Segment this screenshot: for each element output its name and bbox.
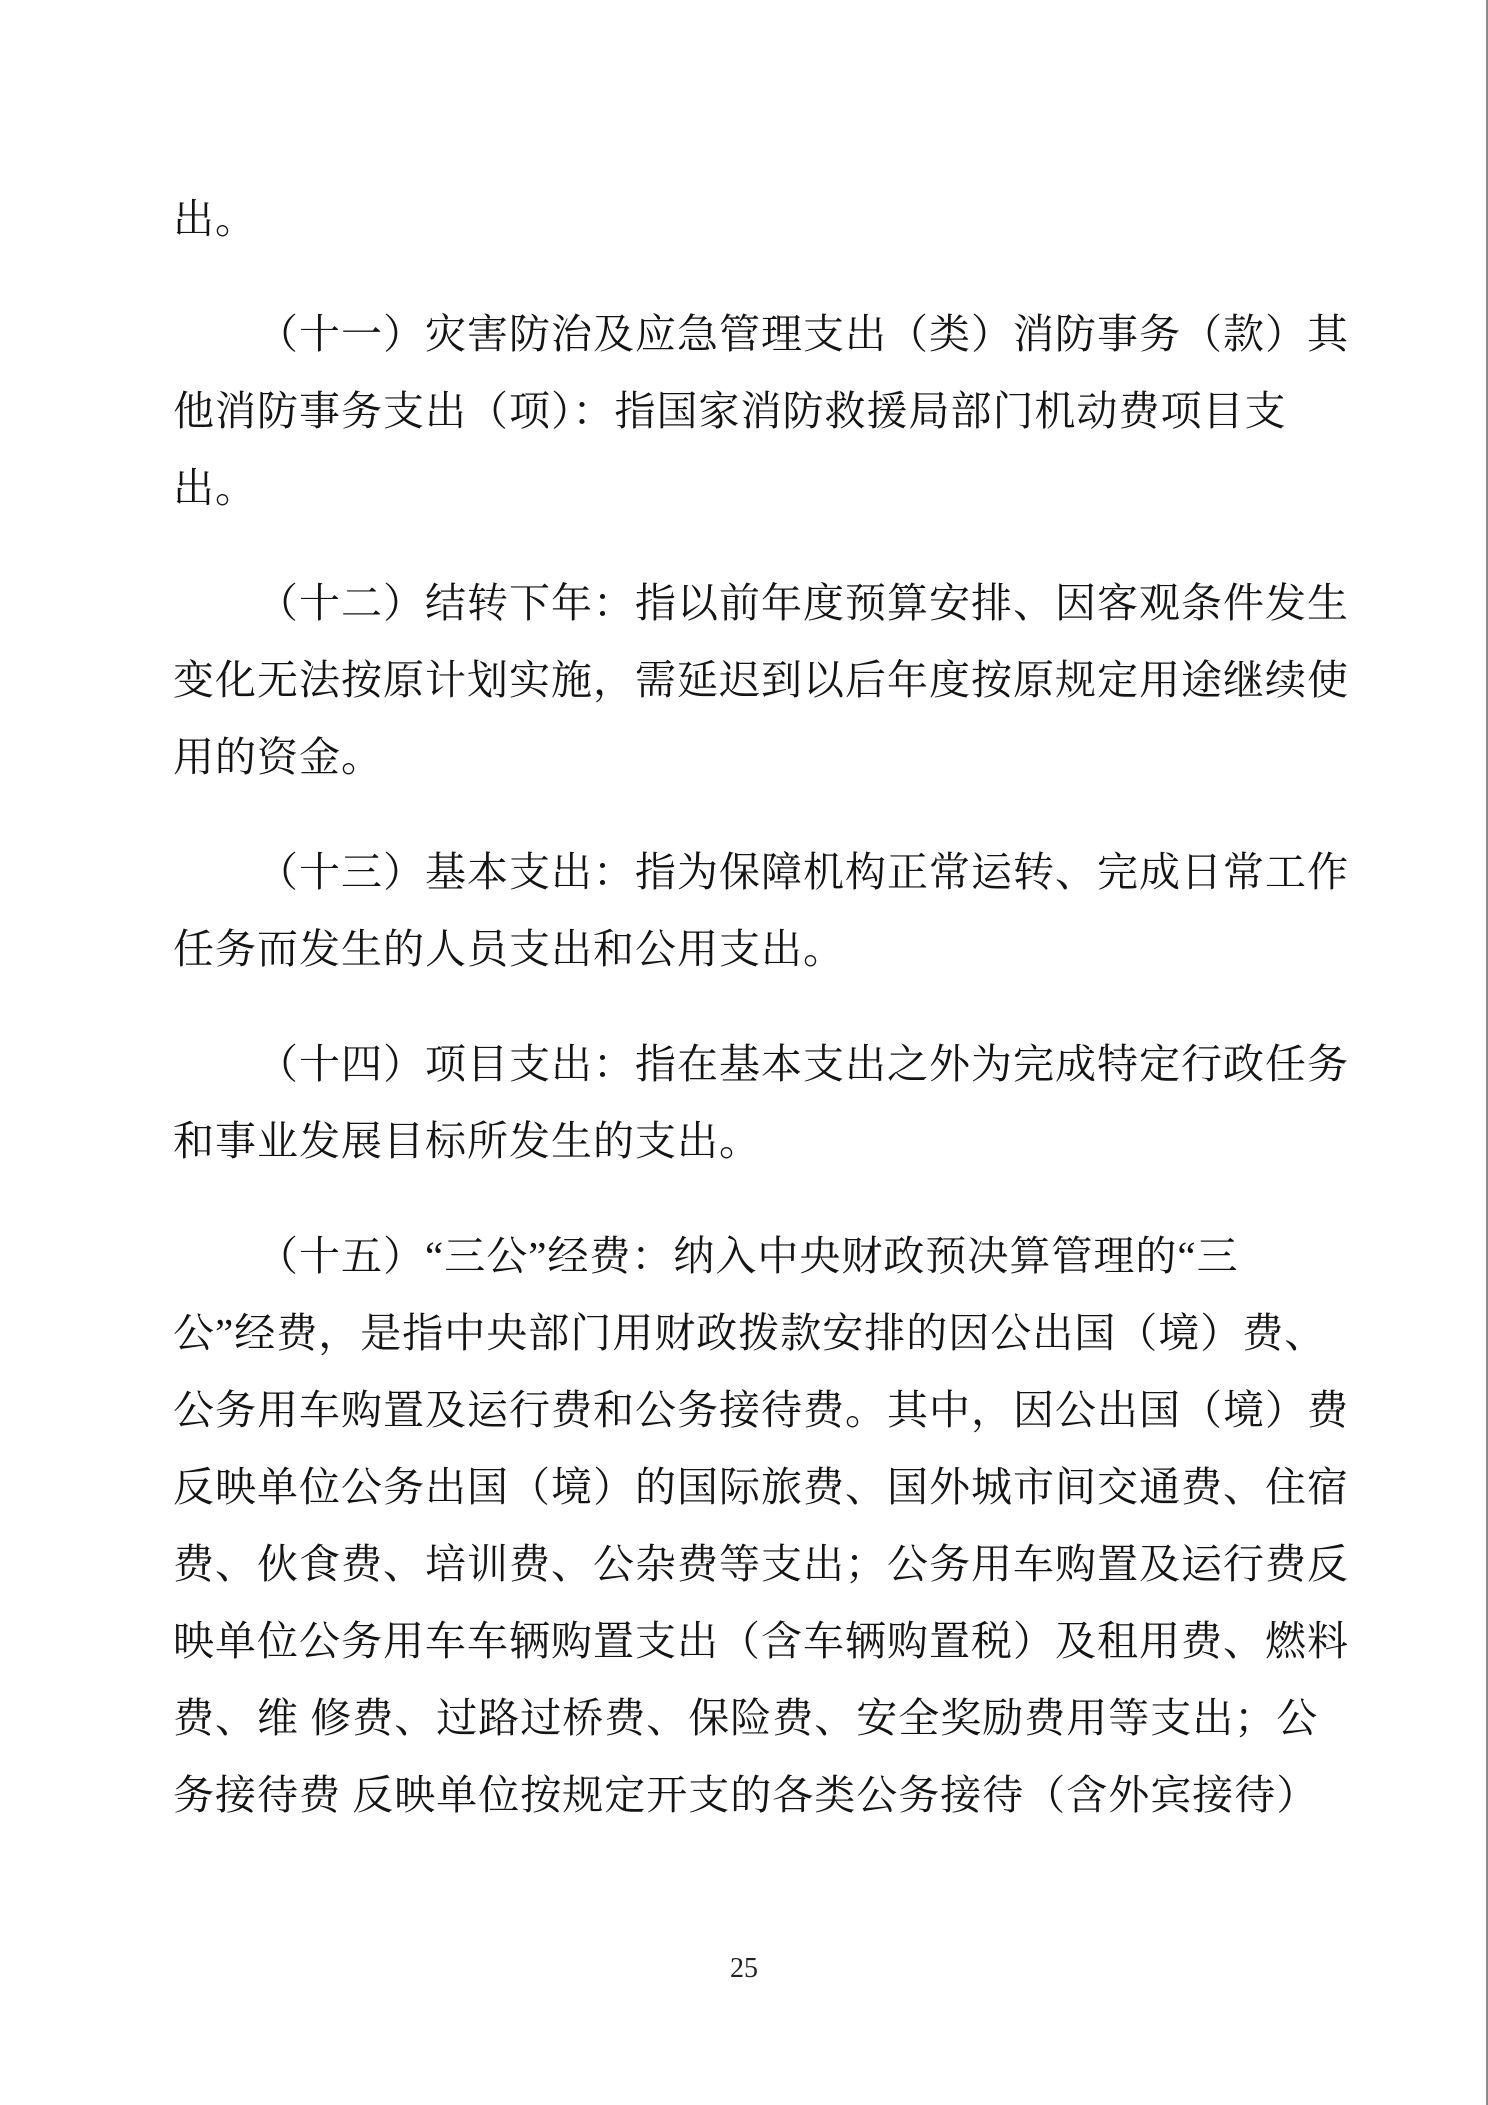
- text-line: 变化无法按原计划实施，需延迟到以后年度按原规定用途继续使: [173, 642, 1373, 719]
- text-line: 费、伙食费、培训费、公杂费等支出；公务用车购置及运行费反: [173, 1526, 1373, 1603]
- text-line: （十三）基本支出：指为保障机构正常运转、完成日常工作: [173, 834, 1373, 911]
- page-number: 25: [0, 1952, 1488, 1986]
- paragraph: （十五）“三公”经费：纳入中央财政预决算管理的“三公”经费，是指中央部门用财政拨…: [173, 1218, 1373, 1834]
- text-line: （十四）项目支出：指在基本支出之外为完成特定行政任务: [173, 1026, 1373, 1103]
- text-line: 公务用车购置及运行费和公务接待费。其中，因公出国（境）费: [173, 1372, 1373, 1449]
- text-line: 费、维 修费、过路过桥费、保险费、安全奖励费用等支出；公: [173, 1680, 1373, 1757]
- text-line: 任务而发生的人员支出和公用支出。: [173, 911, 1373, 988]
- text-line: （十五）“三公”经费：纳入中央财政预决算管理的“三: [173, 1218, 1373, 1295]
- document-text-body: 出。（十一）灾害防治及应急管理支出（类）消防事务（款）其他消防事务支出（项）：指…: [173, 181, 1373, 1834]
- text-line: 出。: [173, 181, 1373, 258]
- text-line: 公”经费，是指中央部门用财政拨款安排的因公出国（境）费、: [173, 1295, 1373, 1372]
- text-line: 务接待费 反映单位按规定开支的各类公务接待（含外宾接待）: [173, 1757, 1373, 1834]
- paragraph: 出。: [173, 181, 1373, 258]
- paragraph: （十二）结转下年：指以前年度预算安排、因客观条件发生变化无法按原计划实施，需延迟…: [173, 565, 1373, 796]
- text-line: 他消防事务支出（项）：指国家消防救援局部门机动费项目支: [173, 373, 1373, 450]
- text-line: 反映单位公务出国（境）的国际旅费、国外城市间交通费、住宿: [173, 1449, 1373, 1526]
- text-line: 和事业发展目标所发生的支出。: [173, 1103, 1373, 1180]
- text-line: （十二）结转下年：指以前年度预算安排、因客观条件发生: [173, 565, 1373, 642]
- document-page: 出。（十一）灾害防治及应急管理支出（类）消防事务（款）其他消防事务支出（项）：指…: [0, 0, 1488, 2105]
- paragraph: （十四）项目支出：指在基本支出之外为完成特定行政任务和事业发展目标所发生的支出。: [173, 1026, 1373, 1180]
- text-line: 映单位公务用车车辆购置支出（含车辆购置税）及租用费、燃料: [173, 1603, 1373, 1680]
- text-line: 出。: [173, 450, 1373, 527]
- text-line: 用的资金。: [173, 719, 1373, 796]
- text-line: （十一）灾害防治及应急管理支出（类）消防事务（款）其: [173, 296, 1373, 373]
- paragraph: （十一）灾害防治及应急管理支出（类）消防事务（款）其他消防事务支出（项）：指国家…: [173, 296, 1373, 527]
- paragraph: （十三）基本支出：指为保障机构正常运转、完成日常工作任务而发生的人员支出和公用支…: [173, 834, 1373, 988]
